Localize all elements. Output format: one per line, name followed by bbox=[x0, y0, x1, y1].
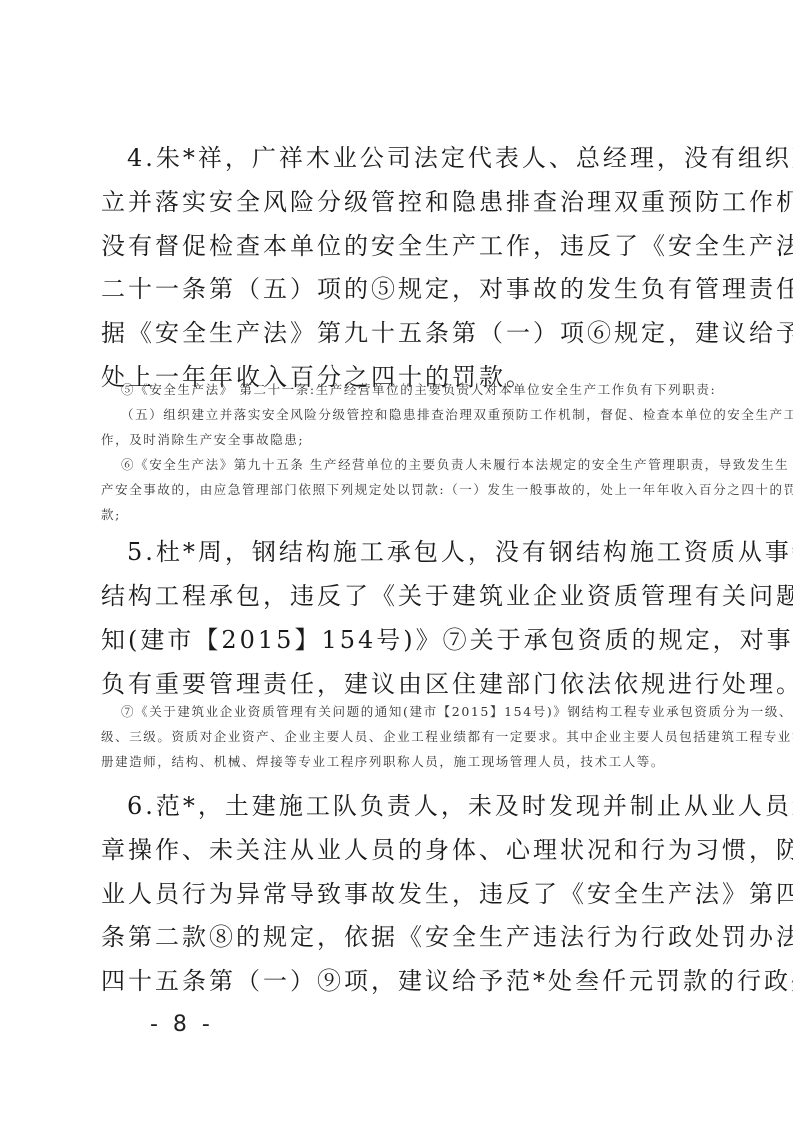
footnote-5-line-3: 作，及时消除生产安全事故隐患; bbox=[101, 432, 697, 448]
footnote-7-line-3: 册建造师，结构、机械、焊接等专业工程序列职称人员，施工现场管理人员，技术工人等。 bbox=[101, 754, 697, 770]
section-5-line-2: 结构工程承包，违反了《关于建筑业企业资质管理有关问题的通 bbox=[101, 581, 697, 611]
section-5-line-3: 知(建市【2015】154号)》⑦关于承包资质的规定，对事故的发生 bbox=[101, 625, 697, 655]
section-5-line-4: 负有重要管理责任，建议由区住建部门依法依规进行处理。 bbox=[101, 669, 697, 699]
section-4-line-4: 二十一条第（五）项的⑤规定，对事故的发生负有管理责任，依 bbox=[101, 274, 697, 304]
section-5-line-1: 5.杜*周，钢结构施工承包人，没有钢结构施工资质从事钢 bbox=[127, 537, 697, 567]
section-6-line-4: 条第二款⑧的规定，依据《安全生产违法行为行政处罚办法》第 bbox=[101, 922, 697, 952]
section-4-line-1: 4.朱*祥，广祥木业公司法定代表人、总经理，没有组织建 bbox=[127, 143, 697, 173]
page-number: - 8 - bbox=[150, 1012, 214, 1037]
section-6-line-3: 业人员行为异常导致事故发生，违反了《安全生产法》第四十四 bbox=[101, 879, 697, 909]
footnote-6-line-1: ⑥《安全生产法》第九十五条 生产经营单位的主要负责人未履行本法规定的安全生产管理… bbox=[121, 457, 697, 473]
footnote-5-line-1: ⑤《安全生产法》 第二十一条:生产经营单位的主要负责人对本单位安全生产工作负有下… bbox=[121, 382, 717, 398]
footnote-7-line-1: ⑦《关于建筑业企业资质管理有关问题的通知(建市【2015】154号)》钢结构工程… bbox=[121, 704, 697, 720]
section-4-line-5: 据《安全生产法》第九十五条第（一）项⑥规定，建议给予朱*祥 bbox=[101, 318, 697, 348]
section-6-line-5: 四十五条第（一）⑨项，建议给予范*处叁仟元罚款的行政处罚。 bbox=[101, 966, 697, 996]
section-6-line-2: 章操作、未关注从业人员的身体、心理状况和行为习惯，防范从 bbox=[101, 835, 697, 865]
footnote-6-line-2: 产安全事故的，由应急管理部门依照下列规定处以罚款:（一）发生一般事故的，处上一年… bbox=[101, 482, 697, 498]
document-page: 4.朱*祥，广祥木业公司法定代表人、总经理，没有组织建 立并落实安全风险分级管控… bbox=[0, 0, 793, 1122]
footnote-7-line-2: 级、三级。资质对企业资产、企业主要人员、企业工程业绩都有一定要求。其中企业主要人… bbox=[101, 729, 697, 745]
section-4-line-3: 没有督促检查本单位的安全生产工作，违反了《安全生产法》第 bbox=[101, 231, 697, 261]
footnote-5-line-2: （五）组织建立并落实安全风险分级管控和隐患排查治理双重预防工作机制，督促、检查本… bbox=[121, 407, 697, 423]
section-6-line-1: 6.范*，土建施工队负责人，未及时发现并制止从业人员违 bbox=[127, 791, 697, 821]
section-4-line-2: 立并落实安全风险分级管控和隐患排查治理双重预防工作机制， bbox=[101, 187, 697, 217]
footnote-6-line-3: 款; bbox=[101, 507, 697, 523]
